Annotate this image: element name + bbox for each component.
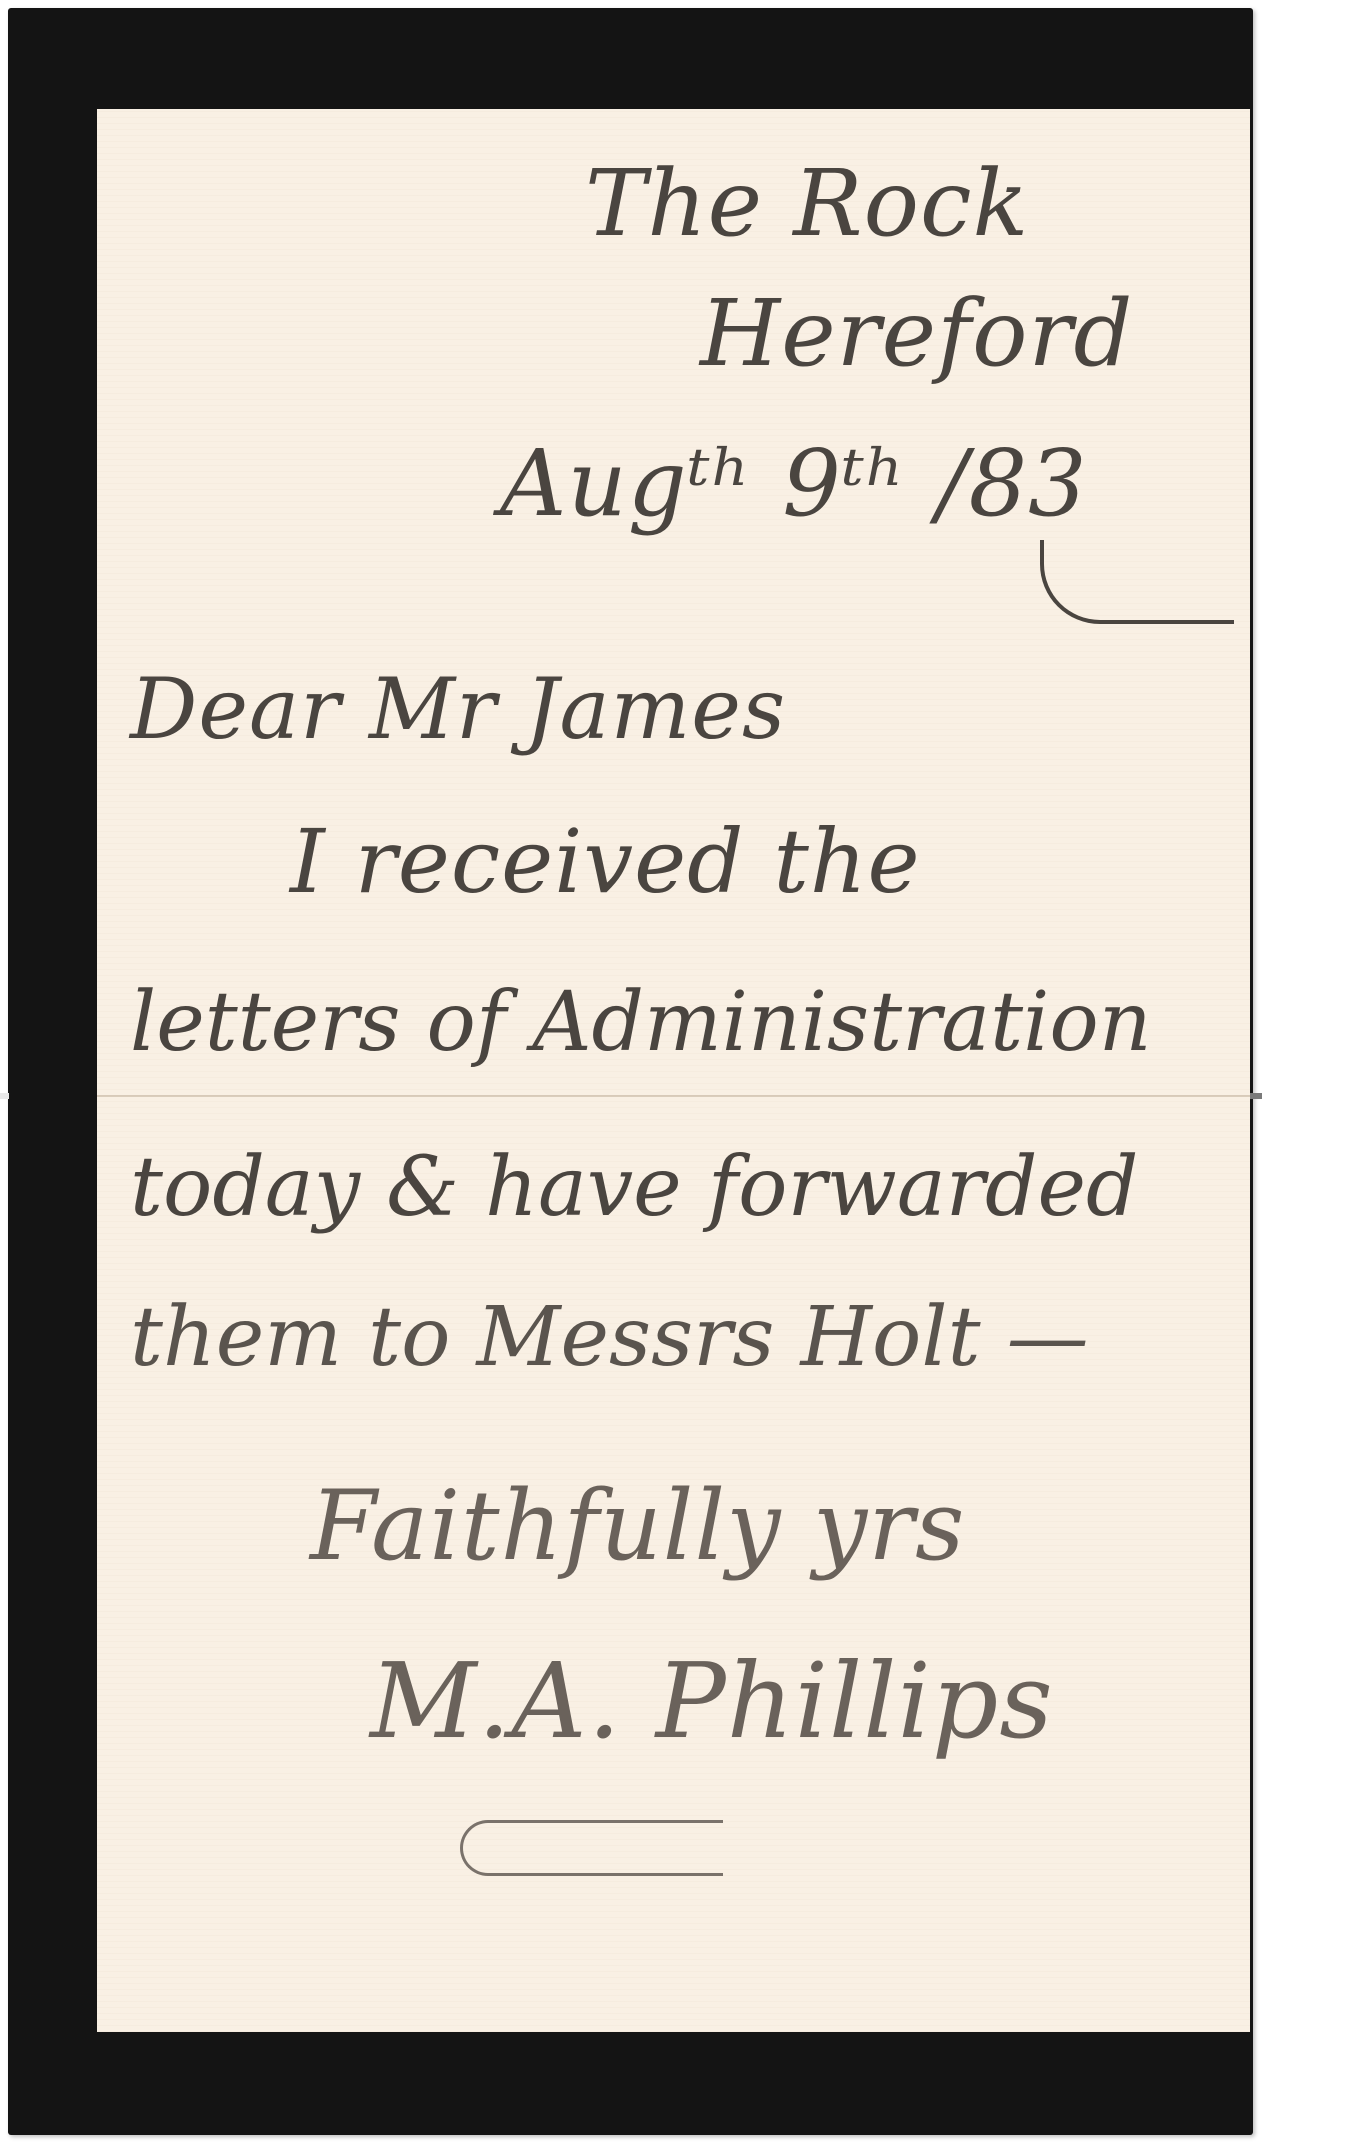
signature: M.A. Phillips: [370, 1640, 1054, 1762]
fold-edge-right: [1250, 1093, 1262, 1099]
body-line-2: letters of Administration: [130, 975, 1152, 1070]
body-line-1: I received the: [290, 810, 921, 913]
date-flourish: [1040, 540, 1234, 624]
closing: Faithfully yrs: [310, 1470, 965, 1582]
address-line-2: Hereford: [700, 280, 1133, 387]
letter-date: Augᵗʰ 9ᵗʰ /83: [500, 430, 1088, 537]
signature-flourish: [460, 1820, 723, 1876]
body-line-4: them to Messrs Holt —: [130, 1290, 1089, 1385]
paper-fold-crease: [97, 1095, 1250, 1097]
fold-edge-left: [0, 1093, 9, 1099]
address-line-1: The Rock: [585, 150, 1029, 257]
body-line-3: today & have forwarded: [130, 1140, 1138, 1235]
salutation: Dear Mr James: [130, 660, 786, 758]
